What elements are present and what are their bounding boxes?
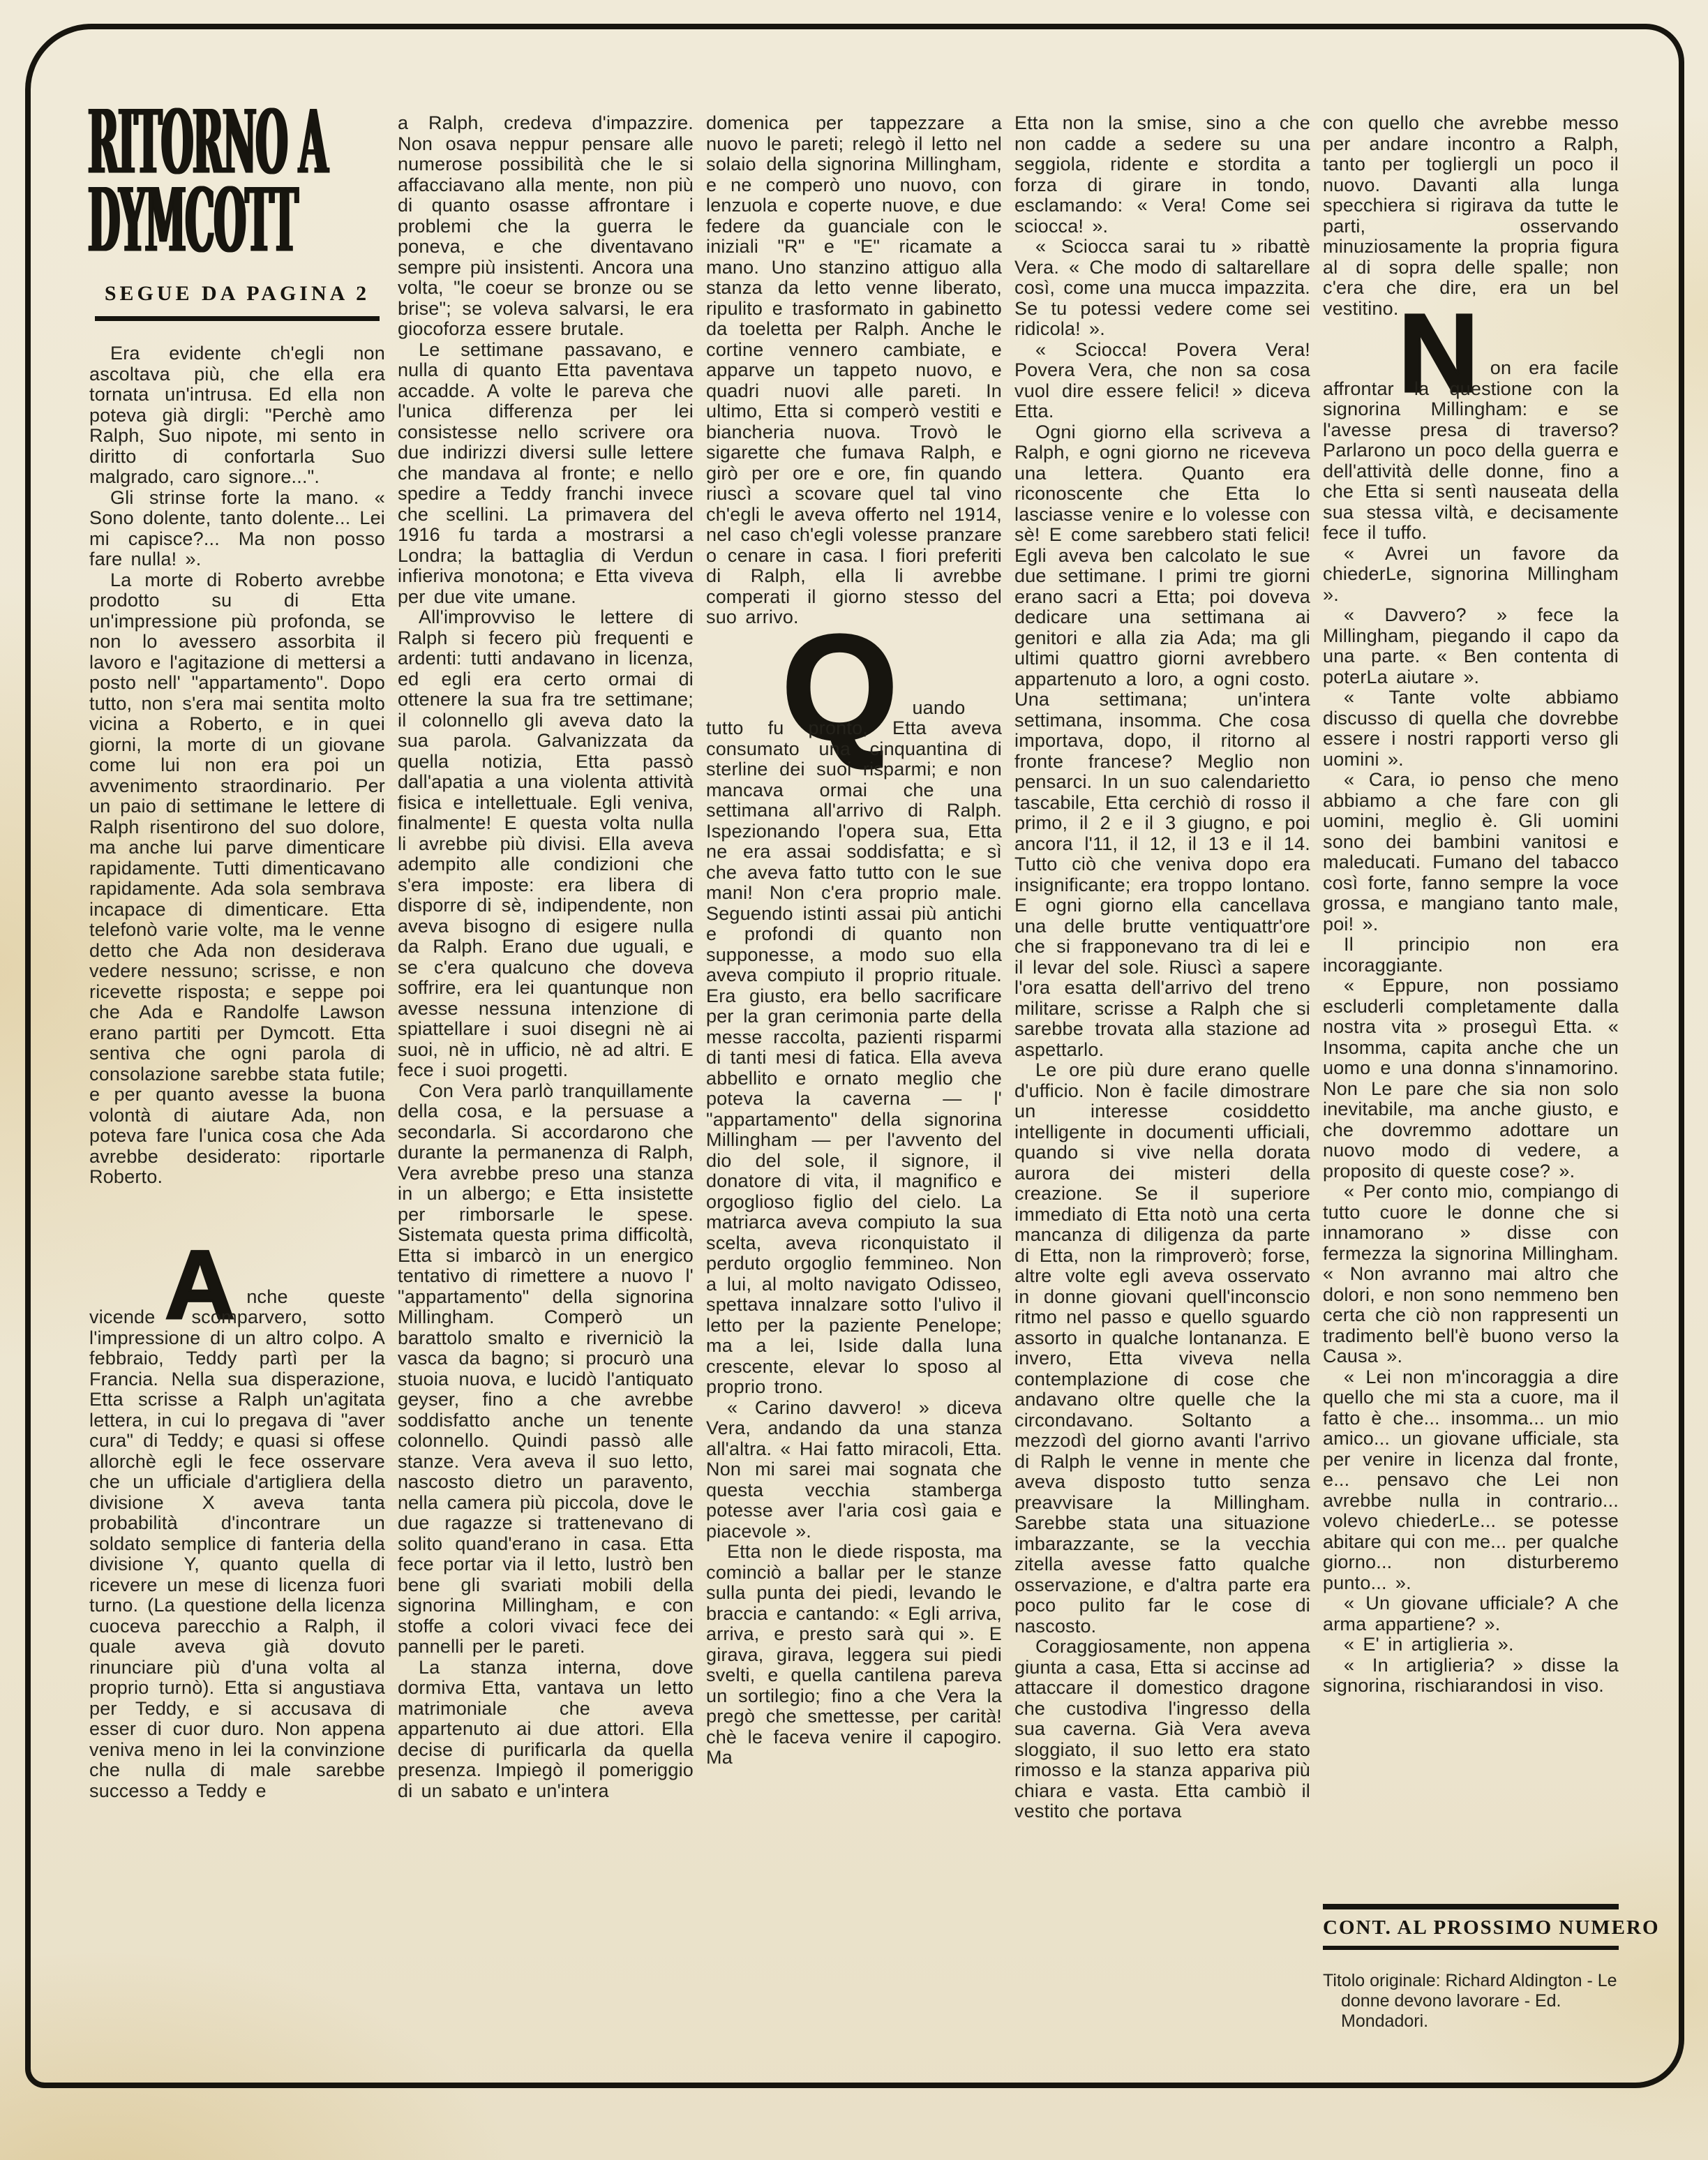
text-column-4: Etta non la smise, sino a che non cadde … [1014, 113, 1310, 2067]
paragraph: « Davvero? » fece la Millingham, piegand… [1323, 605, 1619, 687]
paragraph: « Tante volte abbiamo discusso di quella… [1323, 687, 1619, 770]
text-column-5: con quello che avrebbe messo per andare … [1323, 113, 1619, 1889]
paragraph: « E' in artiglieria ». [1323, 1634, 1619, 1655]
text-column-3: domenica per tappezzare a nuovo le paret… [706, 113, 1002, 2067]
dropcap-letter-a: A [165, 1265, 246, 1305]
paragraph: Era evidente ch'egli non ascoltava più, … [89, 343, 385, 488]
paragraph: Le ore più dure erano quelle d'ufficio. … [1014, 1060, 1310, 1637]
continuation-note: SEGUE DA PAGINA 2 [95, 282, 380, 321]
paragraph: All'improvviso le lettere di Ralph si fe… [398, 607, 694, 1081]
paragraph: Le settimane passavano, e nulla di quant… [398, 340, 694, 608]
article-title: RITORNO A DYMCOTT [88, 103, 332, 260]
paragraph: « Avrei un favore da chiederLe, signorin… [1323, 544, 1619, 606]
paragraph: « Lei non m'incoraggia a dire quello che… [1323, 1367, 1619, 1594]
text-column-2: a Ralph, credeva d'impazzire. Non osava … [398, 113, 694, 2067]
paragraph: « Eppure, non possiamo escluderli comple… [1323, 976, 1619, 1182]
original-title-credit: Titolo originale: Richard Aldington - Le… [1323, 1971, 1619, 2032]
article-title-line2: DYMCOTT [88, 182, 332, 261]
dropcap-paragraph: Non era facile affrontar la questione co… [1323, 358, 1619, 544]
paragraph: Il principio non era incoraggiante. [1323, 934, 1619, 976]
paragraph: Ogni giorno ella scriveva a Ralph, e ogn… [1014, 422, 1310, 1061]
text-column-1: Era evidente ch'egli non ascoltava più, … [89, 343, 385, 2039]
paragraph: Coraggiosamente, non appena giunta a cas… [1014, 1637, 1310, 1822]
paragraph: Gli strinse forte la mano. « Sono dolent… [89, 488, 385, 570]
dropcap-paragraph: Anche queste vicende scomparvero, sotto … [89, 1287, 385, 1802]
paragraph: « Per conto mio, compiango di tutto cuor… [1323, 1182, 1619, 1367]
paragraph: La stanza interna, dove dormiva Etta, va… [398, 1658, 694, 1802]
dropcap-paragraph: Quando tutto fu pronto, Etta aveva consu… [706, 698, 1002, 1398]
dropcap-letter-q: Q [781, 667, 912, 708]
paragraph: La morte di Roberto avrebbe prodotto su … [89, 570, 385, 1188]
paragraph: domenica per tappezzare a nuovo le paret… [706, 113, 1002, 628]
paragraph: « Sciocca sarai tu » ribattè Vera. « Che… [1014, 237, 1310, 340]
continued-next-issue-label: CONT. AL PROSSIMO NUMERO [1323, 1904, 1619, 1950]
paragraph: Etta non le diede risposta, ma cominciò … [706, 1542, 1002, 1768]
paragraph: Con Vera parlò tranquillamente della cos… [398, 1081, 694, 1658]
paragraph: « Sciocca! Povera Vera! Povera Vera, che… [1014, 340, 1310, 422]
paragraph: « Un giovane ufficiale? A che arma appar… [1323, 1593, 1619, 1634]
magazine-page: RITORNO A DYMCOTT SEGUE DA PAGINA 2 Era … [0, 0, 1708, 2160]
paragraph: « Cara, io penso che meno abbiamo a che … [1323, 770, 1619, 934]
article-footer: CONT. AL PROSSIMO NUMERO Titolo original… [1323, 1904, 1619, 2032]
paragraph: « In artiglieria? » disse la signorina, … [1323, 1655, 1619, 1697]
paragraph: con quello che avrebbe messo per andare … [1323, 113, 1619, 319]
dropcap-letter-n: N [1398, 333, 1490, 373]
paragraph: Etta non la smise, sino a che non cadde … [1014, 113, 1310, 237]
paragraph: a Ralph, credeva d'impazzire. Non osava … [398, 113, 694, 340]
paragraph: « Carino davvero! » diceva Vera, andando… [706, 1398, 1002, 1542]
